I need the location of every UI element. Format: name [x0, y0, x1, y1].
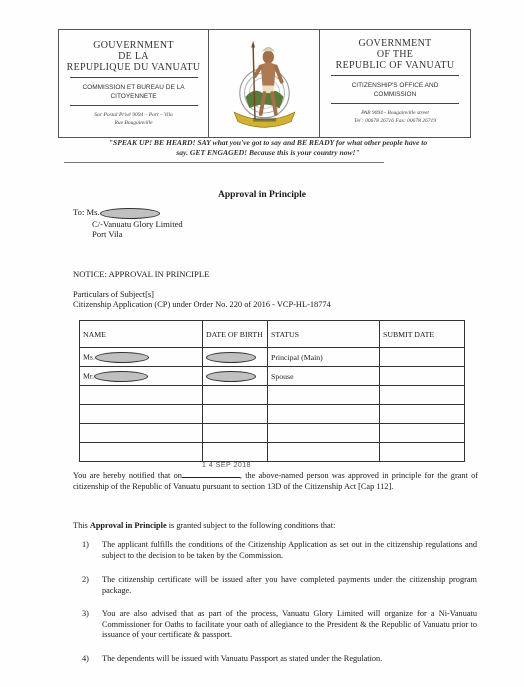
- cell-dob: [203, 367, 268, 386]
- condition-item: 1) The applicant fulfills the conditions…: [82, 540, 477, 561]
- lh-right-title-2: OF THE: [320, 49, 470, 60]
- cell-status: [268, 405, 380, 424]
- motto-line-1: "SPEAK UP! BE HEARD! SAY what you've got…: [58, 138, 478, 148]
- table-header-row: NAME DATE OF BIRTH STATUS SUBMIT DATE: [80, 321, 465, 348]
- intro-bold: Approval in Principle: [90, 521, 167, 530]
- addressee-block: To: Ms. C/-Vanuatu Glory Limited Port Vi…: [73, 207, 183, 240]
- lh-right-office-1: CITIZENSHIP'S OFFICE AND: [320, 81, 470, 90]
- notice-heading: NOTICE: APPROVAL IN PRINCIPLE: [73, 269, 209, 279]
- divider: [70, 105, 198, 106]
- motto-line-2: say. GET ENGAGED! Because this is your c…: [58, 148, 478, 158]
- redacted-field: [206, 352, 256, 363]
- condition-item: 2) The citizenship certificate will be i…: [82, 575, 477, 596]
- notification-paragraph: You are hereby notified that on, the abo…: [73, 469, 478, 492]
- name-prefix: Ms.: [83, 352, 95, 361]
- header-submit-date: SUBMIT DATE: [380, 321, 465, 348]
- condition-number: 4): [82, 654, 102, 665]
- condition-number: 3): [82, 609, 102, 641]
- cell-dob: [203, 424, 268, 443]
- intro-pre: This: [73, 521, 90, 530]
- condition-text: The applicant fulfills the conditions of…: [102, 540, 477, 561]
- cell-name: Mr.: [80, 367, 203, 386]
- cell-submit-date: [380, 348, 465, 367]
- header-name: NAME: [80, 321, 203, 348]
- cell-name: Ms.: [80, 348, 203, 367]
- condition-text: You are also advised that as part of the…: [102, 609, 477, 641]
- cell-submit-date: [380, 386, 465, 405]
- cell-status: [268, 424, 380, 443]
- redacted-field: [95, 352, 149, 363]
- lh-right-address-2: Tel : 00678 26716 Fax: 00678 26719: [320, 117, 470, 125]
- divider: [331, 103, 459, 104]
- redacted-field: [94, 371, 148, 382]
- particulars-label: Particulars of Subject[s]: [73, 290, 331, 300]
- cell-name: [80, 443, 203, 462]
- letterhead-emblem-cell: [209, 30, 320, 137]
- lh-left-title-3: REPUPLIQUE DU VANUATU: [59, 62, 208, 73]
- lh-left-title-1: GOUVERNMENT: [59, 40, 208, 51]
- cell-dob: [203, 443, 268, 462]
- cell-status: [268, 386, 380, 405]
- name-prefix: Mr.: [83, 371, 94, 380]
- cell-dob: [203, 386, 268, 405]
- lh-left-title-2: DE LA: [59, 51, 208, 62]
- letterhead: GOUVERNMENT DE LA REPUPLIQUE DU VANUATU …: [58, 29, 471, 138]
- cell-submit-date: [380, 367, 465, 386]
- divider: [331, 75, 459, 76]
- lh-right-office-2: COMMISSION: [320, 90, 470, 99]
- cell-name: [80, 386, 203, 405]
- subjects-table: NAME DATE OF BIRTH STATUS SUBMIT DATE Ms…: [79, 320, 465, 462]
- cell-dob: [203, 348, 268, 367]
- header-dob: DATE OF BIRTH: [203, 321, 268, 348]
- letterhead-english: GOVERNMENT OF THE REPUBLIC OF VANUATU CI…: [320, 30, 470, 137]
- lh-right-title-1: GOVERNMENT: [320, 38, 470, 49]
- table-row: [80, 424, 465, 443]
- cell-name: [80, 405, 203, 424]
- condition-number: 1): [82, 540, 102, 561]
- intro-post: is granted subject to the following cond…: [167, 521, 336, 530]
- cell-submit-date: [380, 424, 465, 443]
- addressee-prefix: To: Ms.: [73, 207, 100, 217]
- divider: [70, 77, 198, 78]
- application-reference: Citizenship Application (CP) under Order…: [73, 300, 331, 310]
- redacted-field: [206, 371, 256, 382]
- document-page: GOUVERNMENT DE LA REPUPLIQUE DU VANUATU …: [0, 0, 524, 687]
- redacted-name: [100, 208, 160, 219]
- table-row: Mr.Spouse: [80, 367, 465, 386]
- lh-right-address-1: PAB 9094 - Bougainville street: [320, 109, 470, 117]
- cell-dob: [203, 405, 268, 424]
- condition-item: 4) The dependents will be issued with Va…: [82, 654, 477, 665]
- particulars-block: Particulars of Subject[s] Citizenship Ap…: [73, 290, 331, 309]
- condition-text: The citizenship certificate will be issu…: [102, 575, 477, 596]
- motto: "SPEAK UP! BE HEARD! SAY what you've got…: [58, 138, 478, 158]
- table-row: [80, 386, 465, 405]
- divider: [64, 162, 384, 163]
- cell-name: [80, 424, 203, 443]
- lh-right-title-3: REPUBLIC OF VANUATU: [320, 60, 470, 71]
- addressee-line-1: C/-Vanuatu Glory Limited: [73, 219, 183, 230]
- date-blank: [182, 469, 240, 478]
- table-row: [80, 405, 465, 424]
- condition-item: 3) You are also advised that as part of …: [82, 609, 477, 641]
- cell-submit-date: [380, 443, 465, 462]
- conditions-intro: This Approval in Principle is granted su…: [73, 521, 478, 532]
- document-title: Approval in Principle: [0, 190, 524, 200]
- cell-submit-date: [380, 405, 465, 424]
- condition-text: The dependents will be issued with Vanua…: [102, 654, 477, 665]
- lh-left-address-1: Sac Postal Privé 9094 – Port – Vila: [59, 111, 208, 119]
- cell-status: [268, 443, 380, 462]
- condition-number: 2): [82, 575, 102, 596]
- coat-of-arms-icon: [217, 38, 312, 133]
- header-status: STATUS: [268, 321, 380, 348]
- lh-left-office-2: CITOYENNETE: [59, 92, 208, 101]
- addressee-line-2: Port Vila: [73, 229, 183, 240]
- cell-status: Spouse: [268, 367, 380, 386]
- cell-status: Principal (Main): [268, 348, 380, 367]
- lh-left-address-2: Rue Bougainville: [59, 119, 208, 127]
- notification-text-before: You are hereby notified that on: [73, 471, 182, 480]
- table-row: [80, 443, 465, 462]
- lh-left-office-1: COMMISSION ET BUREAU DE LA: [59, 83, 208, 92]
- date-stamp: 1 4 SEP 2018: [202, 462, 251, 469]
- table-row: Ms.Principal (Main): [80, 348, 465, 367]
- letterhead-french: GOUVERNMENT DE LA REPUPLIQUE DU VANUATU …: [59, 30, 209, 137]
